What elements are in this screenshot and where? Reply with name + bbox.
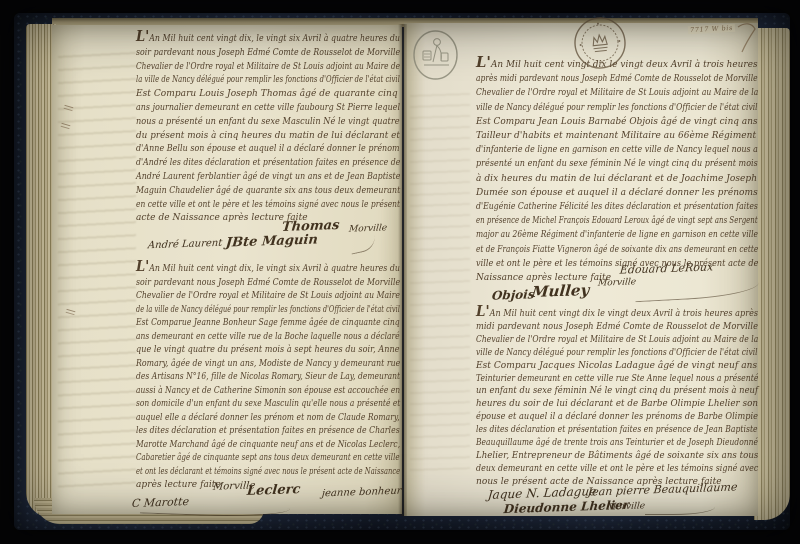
- text-line: en cette ville et ont le père et les tém…: [136, 199, 356, 213]
- text-line: ans demeurant en cette ville rue de la B…: [136, 331, 356, 345]
- text-line: Dumée son épouse et auquel il a déclaré …: [476, 186, 758, 200]
- text-line: Lhelier, Entrepreneur de Bâtiments âgé d…: [476, 450, 745, 463]
- sig-morville-4: Morville: [606, 501, 645, 512]
- text-line: les dites déclaration et présentation fa…: [476, 424, 715, 437]
- text-line: d'André les dites déclaration et présent…: [136, 157, 363, 171]
- text-line: Est Comparu Jacques Nicolas Ladague âgé …: [476, 360, 758, 373]
- text-line: d'infanterie de ligne en garnison en cet…: [476, 143, 721, 157]
- text-line: midi pardevant nous Joseph Edmé Comte de…: [476, 321, 734, 334]
- text-line: ville de Nancy délégué pour remplir les …: [476, 347, 712, 360]
- text-line: après midi pardevant nous Joseph Edmé Co…: [476, 72, 712, 86]
- text-line: Beauquillaume âgé de trente trois ans Te…: [476, 437, 711, 450]
- birth-act-ladague: L'An Mil huit cent vingt dix le vingt de…: [476, 305, 758, 489]
- sig-morville-3: Morville: [597, 277, 636, 288]
- text-line: un enfant du sexe féminin Né le vingt ci…: [476, 385, 737, 398]
- seated-figure-stamp-icon: [412, 29, 459, 81]
- text-line: soir pardevant nous Joseph Edmé Comte de…: [136, 277, 365, 291]
- text-line: L'An Mil huit cent vingt dix le vingt de…: [476, 305, 728, 321]
- text-line: auquel elle a déclaré donner les prénom …: [136, 412, 360, 426]
- text-line: et ont les déclarant et témoins signé av…: [136, 466, 333, 480]
- text-line: ville de Nancy délégué pour remplir les …: [476, 101, 712, 115]
- text-line: aussi à Nancy et de Catherine Simonin so…: [136, 385, 357, 399]
- text-line: ans journalier demeurant en cette ville …: [136, 102, 368, 116]
- text-line: nous a présenté un enfant du sexe Mascul…: [136, 116, 376, 130]
- text-line: Est Comparu Louis Joseph Thomas âgé de q…: [136, 88, 400, 102]
- text-line: Maguin Chaudelier âgé de quarante six an…: [136, 185, 367, 199]
- text-line: Chevalier de l'Ordre royal et Militaire …: [136, 290, 362, 304]
- bleed-through-text-left: [58, 48, 136, 488]
- text-line: Marotte Marchand âgé de cinquante neuf a…: [136, 439, 357, 453]
- archival-register-scan: L'An Mil huit cent vingt dix, le vingt s…: [0, 0, 800, 544]
- text-line: Cabaretier âgé de cinquante sept ans tou…: [136, 452, 343, 466]
- text-line: et de François Fiatte Vigneron âgé de so…: [476, 243, 707, 257]
- sig-morville-1: Morville: [348, 223, 387, 234]
- text-line: d'Eugénie Catherine Félicité les dites d…: [476, 200, 717, 214]
- text-line: Est Comparue Jeanne Bonheur Sage femme â…: [136, 317, 359, 331]
- text-line: son domicile d'un enfant du sexe Masculi…: [136, 398, 355, 412]
- text-line: Chevalier de l'Ordre royal et Militaire …: [136, 61, 352, 75]
- birth-act-thomas: L'An Mil huit cent vingt dix, le vingt s…: [136, 30, 400, 226]
- text-line: Teinturier demeurant en cette ville rue …: [476, 373, 716, 386]
- text-line: L'An Mil huit cent vingt dix, le vingt s…: [136, 260, 365, 277]
- page-edges-right: [754, 28, 790, 520]
- text-line: que le vingt quatre du présent mois à se…: [136, 344, 373, 358]
- text-line: les dites déclaration et présentation fa…: [136, 425, 363, 439]
- sig-objois: Objois: [491, 287, 535, 302]
- text-line: heures du soir de lui déclarant et de Ba…: [476, 398, 748, 411]
- folio-flourish-mark: [737, 21, 757, 53]
- text-line: la ville de Nancy délégué pour remplir l…: [136, 74, 336, 88]
- text-line: major au 26ème Régiment d'infanterie de …: [476, 228, 711, 242]
- text-line: d'Anne Bellu son épouse et auquel il a d…: [136, 143, 369, 157]
- text-line: en présence de Michel François Edouard L…: [476, 214, 693, 228]
- text-line: du présent mois à cinq heures du matin d…: [136, 130, 393, 144]
- text-line: L'An Mil huit cent vingt dix, le vingt s…: [136, 30, 365, 47]
- text-line: des Artisans N°16, fille de Nicolas Roma…: [136, 371, 357, 385]
- text-line: Est Comparu Jean Louis Barnabé Objois âg…: [476, 115, 753, 129]
- sig-mulley: Mulley: [531, 281, 590, 301]
- birth-act-objois: L'An Mil huit cent vingt dix le vingt de…: [476, 55, 758, 285]
- text-line: André Laurent ferblantier âgé de vingt u…: [136, 171, 366, 185]
- text-line: deux demeurant en cette ville et ont le …: [476, 463, 724, 476]
- sig-leclerc: Leclerc: [246, 482, 301, 499]
- text-line: Chevalier de l'Ordre royal et Militaire …: [476, 86, 714, 100]
- bleed-through-text-right: [410, 86, 470, 478]
- crown-seal-stamp-icon: [566, 12, 634, 74]
- text-line: de la ville de Nancy délégué pour rempli…: [136, 304, 329, 318]
- text-line: épouse et auquel il a déclaré donner les…: [476, 411, 732, 424]
- text-line: Chevalier de l'Ordre royal et Militaire …: [476, 334, 714, 347]
- birth-act-romary: L'An Mil huit cent vingt dix, le vingt s…: [136, 260, 400, 493]
- text-line: Romary, âgée de vingt un ans, Modiste de…: [136, 358, 365, 372]
- text-line: à dix heures du matin de lui déclarant e…: [476, 172, 758, 186]
- text-line: présenté un enfant du sexe féminin Né le…: [476, 157, 727, 171]
- text-line: Tailleur d'habits et maintenant Militair…: [476, 129, 758, 143]
- text-line: soir pardevant nous Joseph Edmé Comte de…: [136, 47, 365, 61]
